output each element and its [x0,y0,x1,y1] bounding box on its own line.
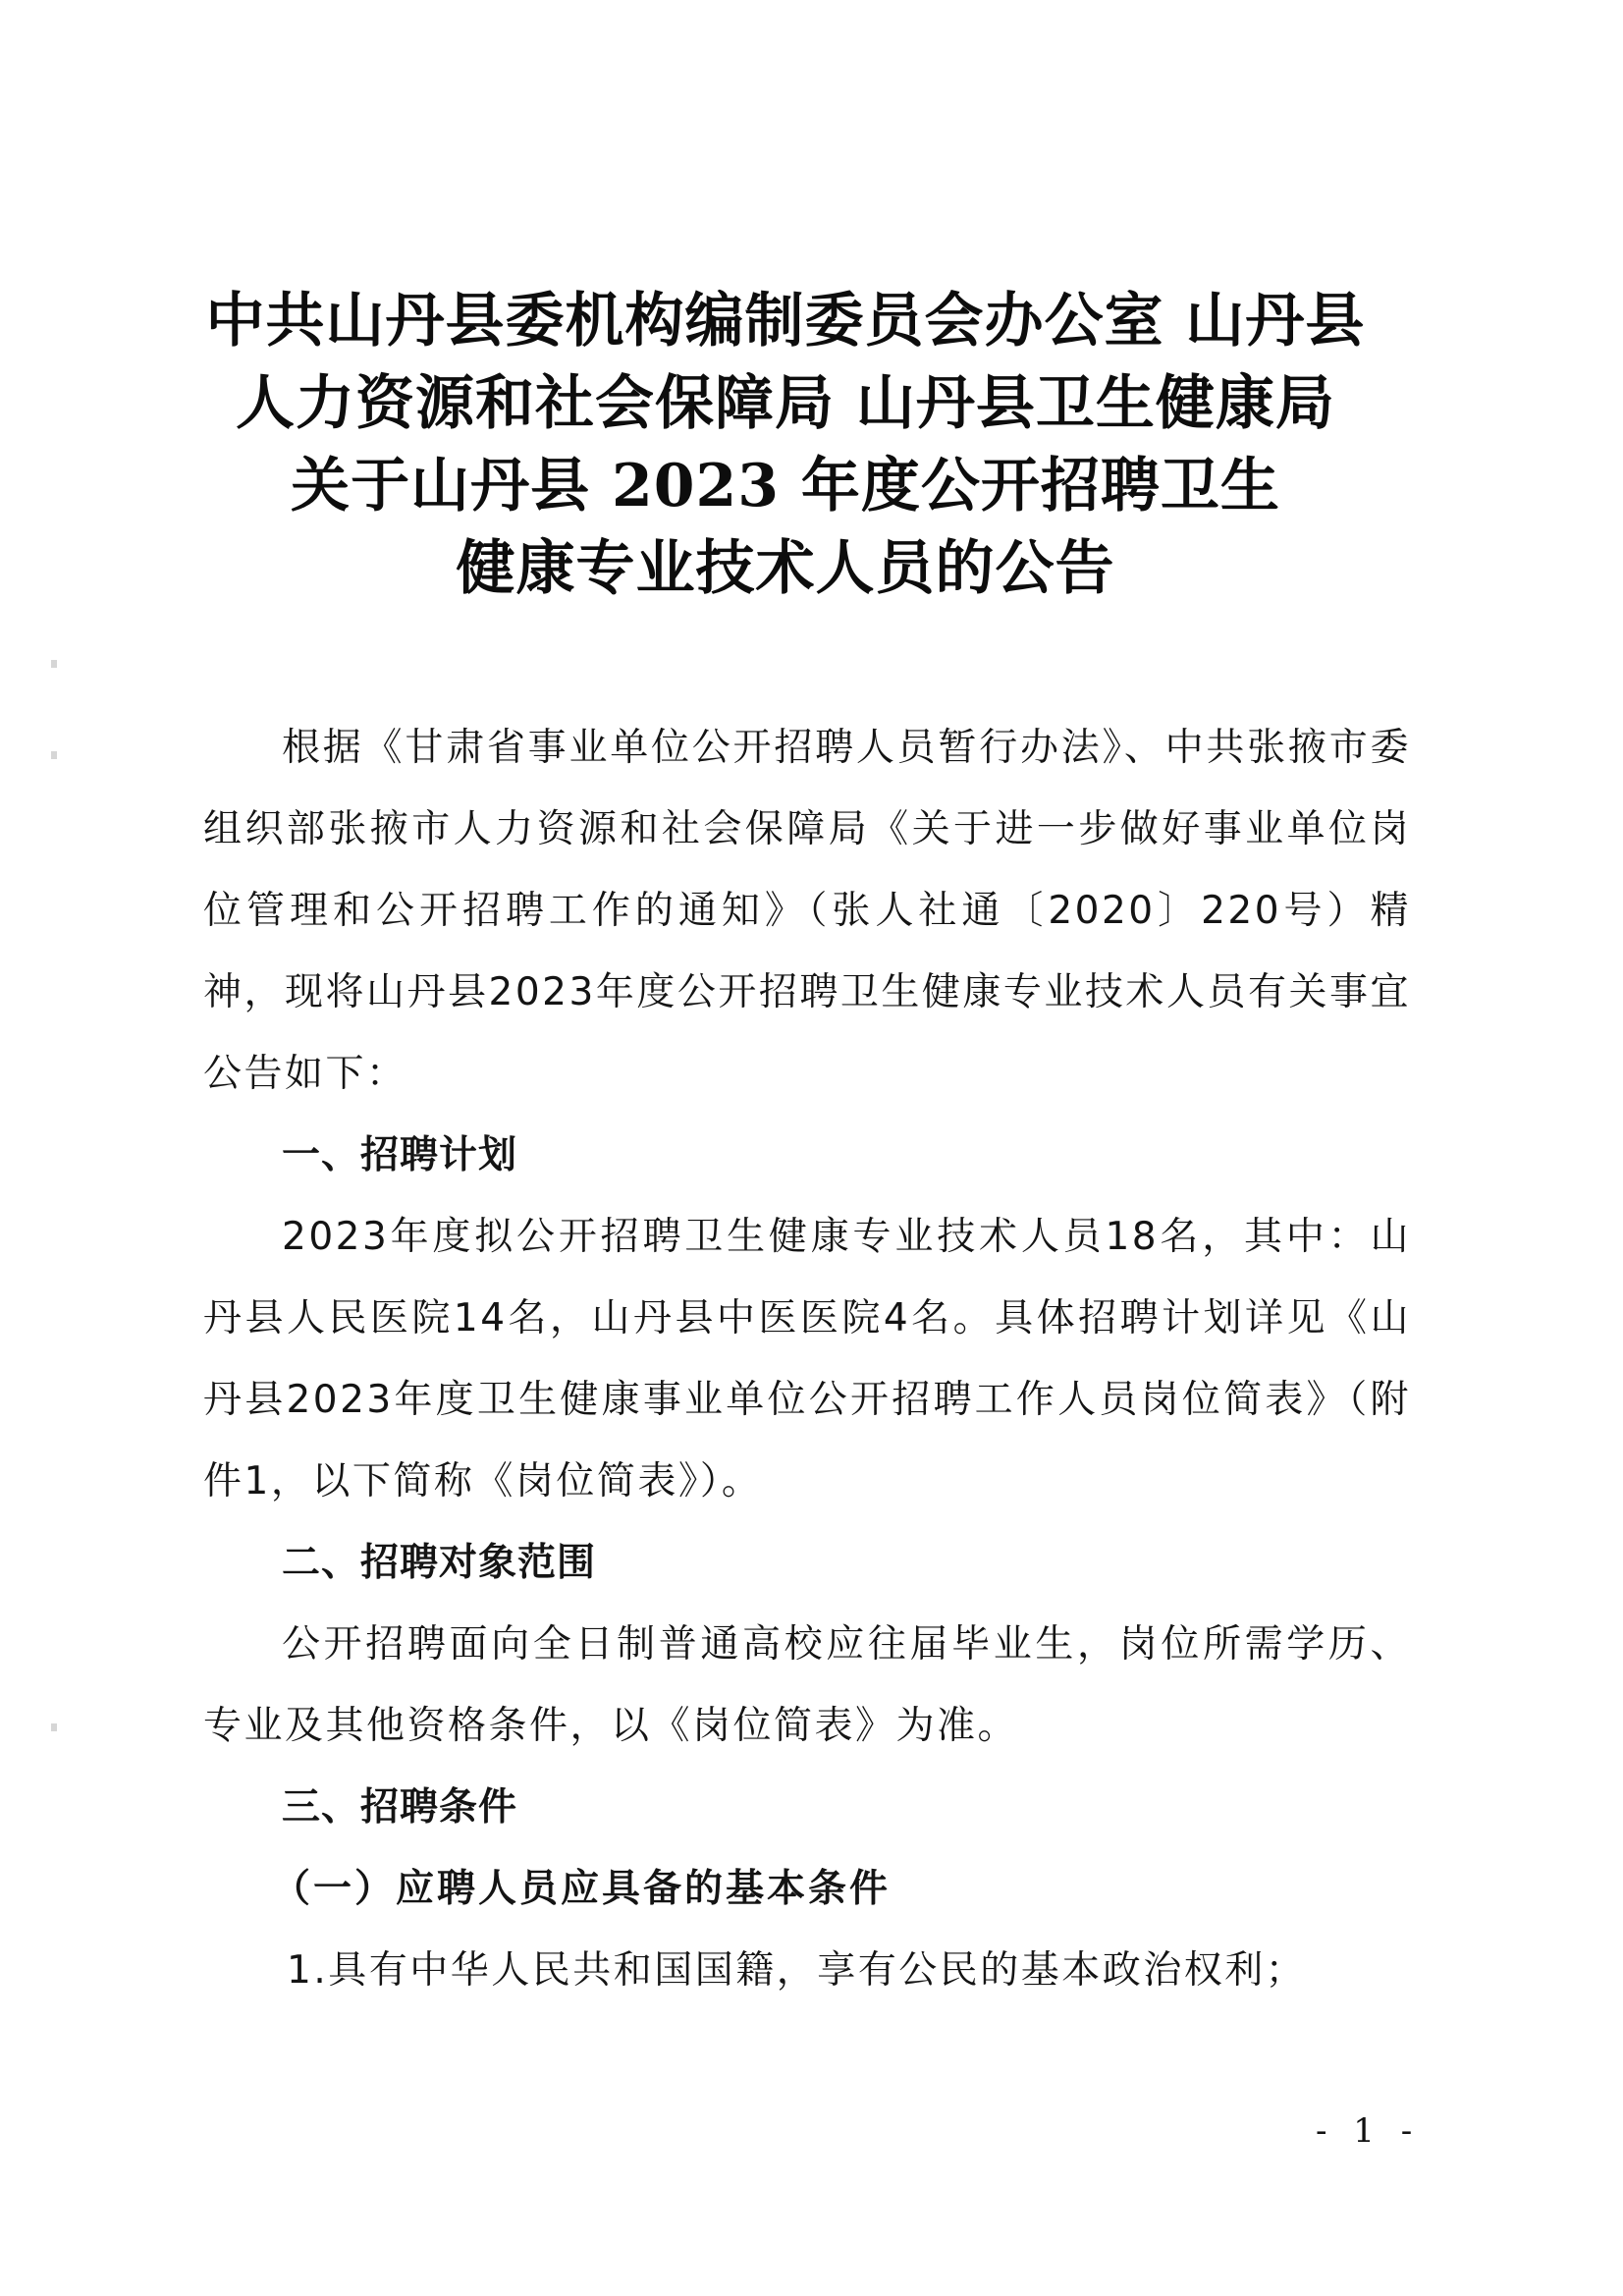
section-heading-plan: 一、招聘计划 [203,1115,1411,1196]
title-line-2: 人力资源和社会保障局 山丹县卫生健康局 [147,362,1424,445]
section-heading-scope: 二、招聘对象范围 [203,1522,1411,1604]
intro-paragraph: 根据《甘肃省事业单位公开招聘人员暂行办法》、中共张掖市委组织部张掖市人力资源和社… [203,707,1411,1115]
subsection-heading-basic-conditions: （一）应聘人员应具备的基本条件 [203,1848,1411,1930]
condition-item: 1.具有中华人民共和国国籍，享有公民的基本政治权利； [203,1930,1411,2011]
title-line-3: 关于山丹县 2023 年度公开招聘卫生 [147,445,1424,527]
section-text-scope: 公开招聘面向全日制普通高校应往届毕业生，岗位所需学历、专业及其他资格条件，以《岗… [203,1604,1411,1767]
scan-speck [51,660,57,668]
title-line-4: 健康专业技术人员的公告 [147,527,1424,610]
document-body: 根据《甘肃省事业单位公开招聘人员暂行办法》、中共张掖市委组织部张掖市人力资源和社… [203,707,1411,2011]
section-heading-conditions: 三、招聘条件 [203,1767,1411,1848]
title-line-1: 中共山丹县委机构编制委员会办公室 山丹县 [147,280,1424,362]
document-page: 中共山丹县委机构编制委员会办公室 山丹县 人力资源和社会保障局 山丹县卫生健康局… [0,0,1623,2296]
scan-speck [51,1723,57,1731]
section-text-plan: 2023年度拟公开招聘卫生健康专业技术人员18名，其中：山丹县人民医院14名，山… [203,1196,1411,1522]
page-number: - 1 - [1316,2111,1420,2151]
document-title: 中共山丹县委机构编制委员会办公室 山丹县 人力资源和社会保障局 山丹县卫生健康局… [147,280,1424,610]
scan-speck [51,751,57,759]
